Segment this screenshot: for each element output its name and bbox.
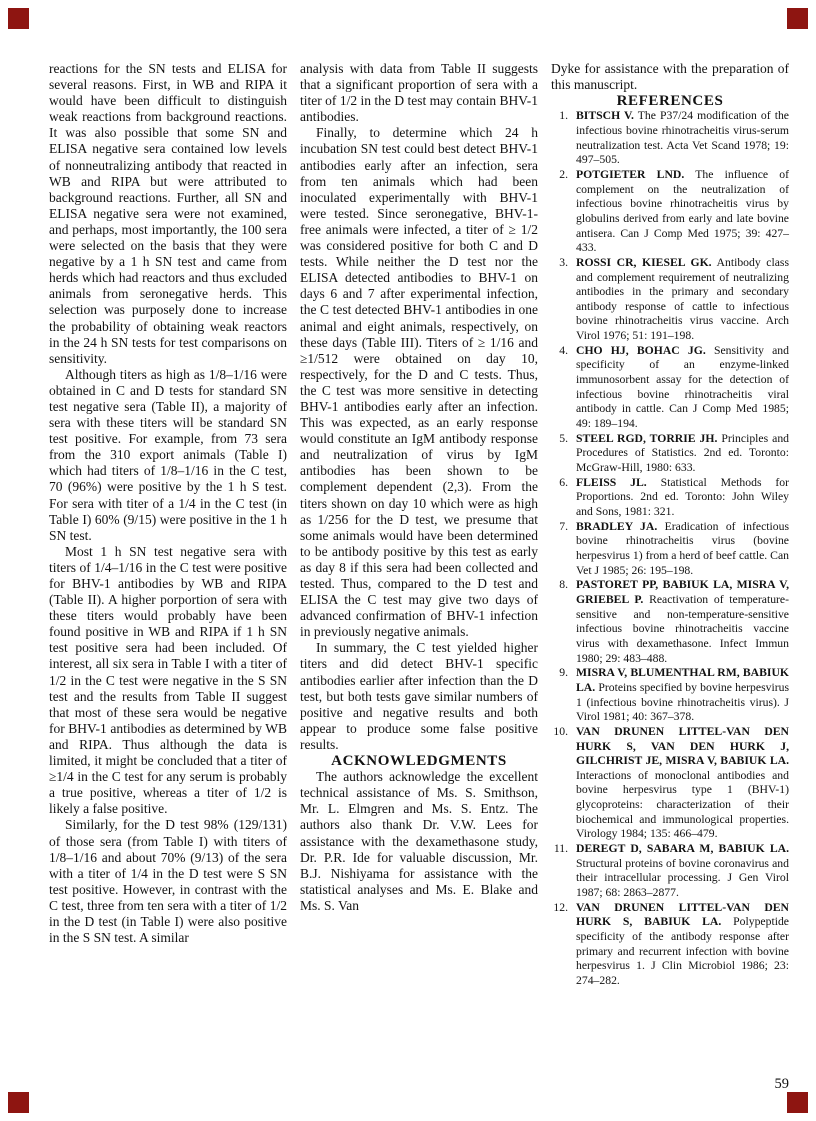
references-list: 1.BITSCH V. The P37/24 modification of t… <box>551 109 789 988</box>
reference-item: 4.CHO HJ, BOHAC JG. Sensitivity and spec… <box>551 344 789 432</box>
body-paragraph: Most 1 h SN test negative sera with tite… <box>49 544 287 818</box>
reference-authors: VAN DRUNEN LITTEL-VAN DEN HURK S, VAN DE… <box>576 725 789 767</box>
reference-number: 8. <box>551 578 568 593</box>
reference-item: 3.ROSSI CR, KIESEL GK. Antibody class an… <box>551 256 789 344</box>
body-paragraph: The authors acknowledge the excellent te… <box>300 769 538 914</box>
reference-item: 9.MISRA V, BLUMENTHAL RM, BABIUK LA. Pro… <box>551 666 789 725</box>
journal-page: reactions for the SN tests and ELISA for… <box>0 0 816 1121</box>
reference-item: 7.BRADLEY JA. Eradication of infectious … <box>551 520 789 579</box>
body-paragraph: reactions for the SN tests and ELISA for… <box>49 61 287 367</box>
reference-item: 5.STEEL RGD, TORRIE JH. Principles and P… <box>551 432 789 476</box>
reference-authors: STEEL RGD, TORRIE JH. <box>576 432 717 445</box>
reference-text: Structural proteins of bovine coronaviru… <box>576 857 789 899</box>
reference-item: 2.POTGIETER LND. The influence of comple… <box>551 168 789 256</box>
reference-text: Proteins specified by bovine herpesvirus… <box>576 681 789 723</box>
body-paragraph: Similarly, for the D test 98% (129/131) … <box>49 817 287 946</box>
body-paragraph: analysis with data from Table II suggest… <box>300 61 538 125</box>
reference-authors: POTGIETER LND. <box>576 168 684 181</box>
reference-item: 6.FLEISS JL. Statistical Methods for Pro… <box>551 476 789 520</box>
reference-text: Interactions of monoclonal antibodies an… <box>576 769 789 841</box>
reference-item: 1.BITSCH V. The P37/24 modification of t… <box>551 109 789 168</box>
reference-number: 2. <box>551 168 568 183</box>
corner-registration-mark <box>8 8 29 29</box>
reference-number: 12. <box>551 901 568 916</box>
column-right: Dyke for assistance with the preparation… <box>551 61 789 989</box>
reference-item: 8.PASTORET PP, BABIUK LA, MISRA V, GRIEB… <box>551 578 789 666</box>
reference-authors: FLEISS JL. <box>576 476 647 489</box>
body-paragraph: Dyke for assistance with the preparation… <box>551 61 789 93</box>
reference-number: 6. <box>551 476 568 491</box>
reference-number: 11. <box>551 842 568 857</box>
reference-item: 11.DEREGT D, SABARA M, BABIUK LA. Struct… <box>551 842 789 901</box>
references-heading: REFERENCES <box>551 93 789 109</box>
body-paragraph: Although titers as high as 1/8–1/16 were… <box>49 367 287 544</box>
reference-authors: ROSSI CR, KIESEL GK. <box>576 256 712 269</box>
reference-authors: DEREGT D, SABARA M, BABIUK LA. <box>576 842 789 855</box>
body-paragraph: In summary, the C test yielded higher ti… <box>300 640 538 753</box>
reference-number: 10. <box>551 725 568 740</box>
reference-authors: CHO HJ, BOHAC JG. <box>576 344 706 357</box>
reference-number: 3. <box>551 256 568 271</box>
reference-number: 9. <box>551 666 568 681</box>
page-number: 59 <box>551 1076 789 1093</box>
reference-number: 4. <box>551 344 568 359</box>
body-paragraph: Finally, to determine which 24 h incubat… <box>300 125 538 640</box>
reference-number: 5. <box>551 432 568 447</box>
corner-registration-mark <box>787 1092 808 1113</box>
reference-item: 10.VAN DRUNEN LITTEL-VAN DEN HURK S, VAN… <box>551 725 789 842</box>
column-left: reactions for the SN tests and ELISA for… <box>49 61 287 946</box>
corner-registration-mark <box>787 8 808 29</box>
reference-number: 7. <box>551 520 568 535</box>
acknowledgments-heading: ACKNOWLEDGMENTS <box>300 753 538 769</box>
column-middle: analysis with data from Table II suggest… <box>300 61 538 914</box>
reference-item: 12.VAN DRUNEN LITTEL-VAN DEN HURK S, BAB… <box>551 901 789 989</box>
reference-number: 1. <box>551 109 568 124</box>
corner-registration-mark <box>8 1092 29 1113</box>
reference-authors: BRADLEY JA. <box>576 520 657 533</box>
reference-authors: BITSCH V. <box>576 109 634 122</box>
